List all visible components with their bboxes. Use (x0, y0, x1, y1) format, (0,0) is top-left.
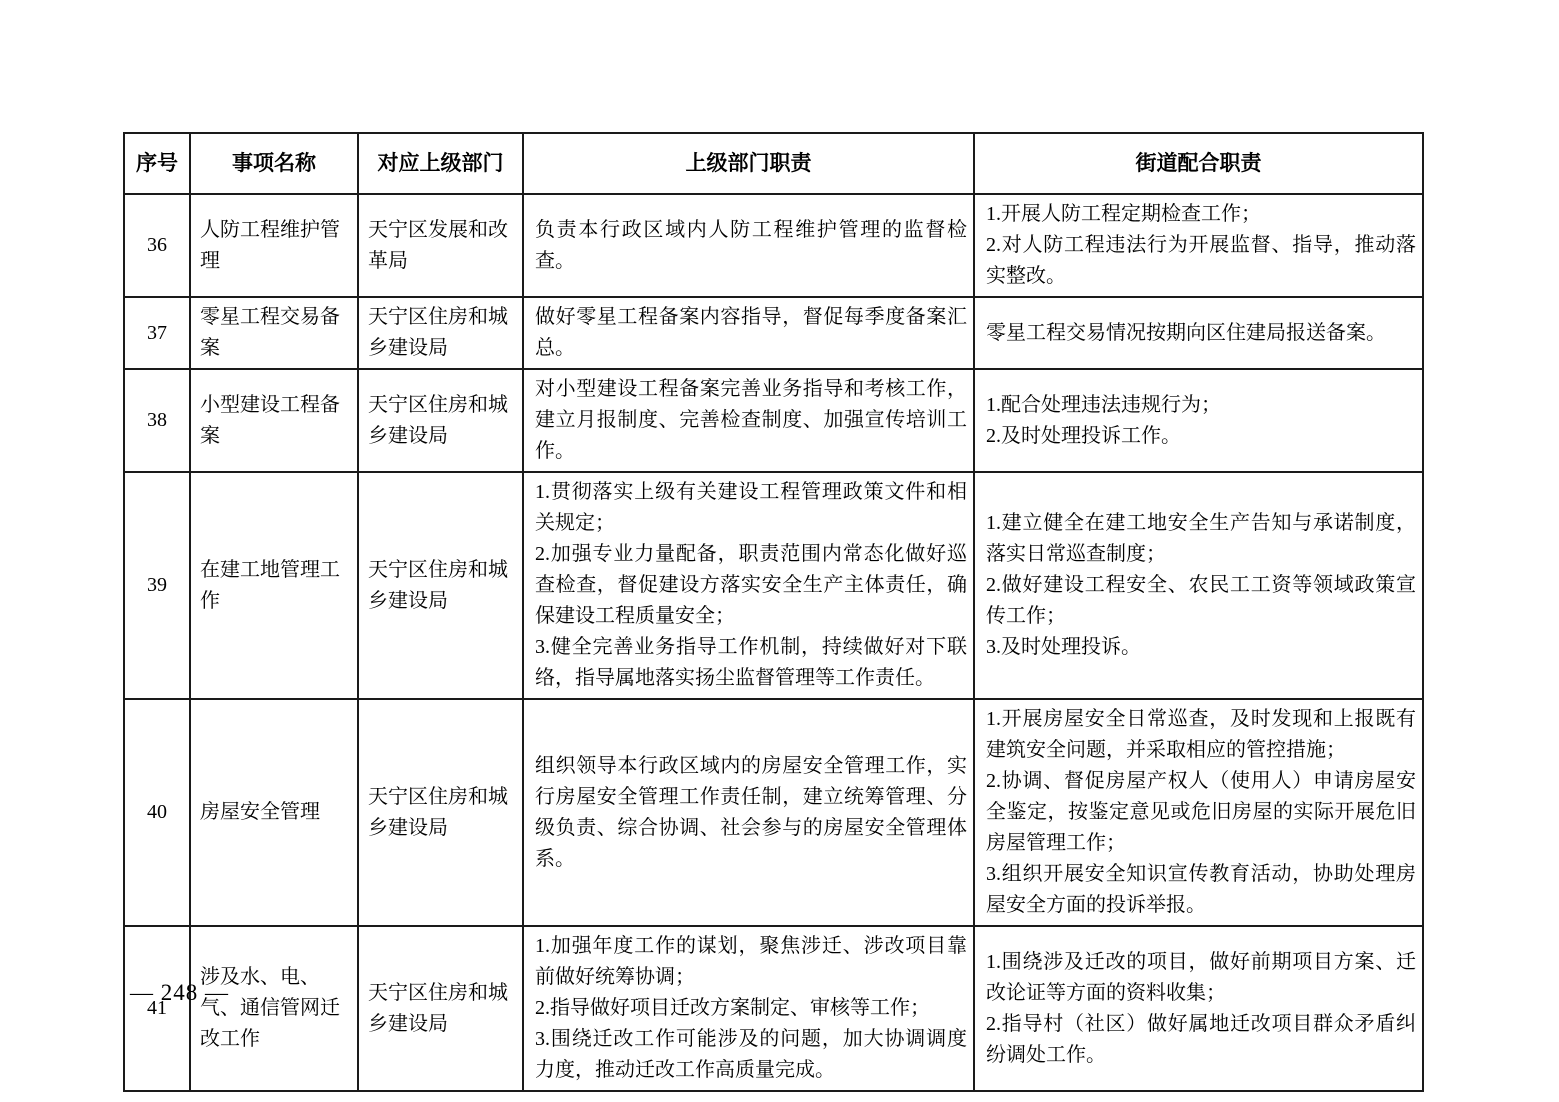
table-row: 40 房屋安全管理 天宁区住房和城乡建设局 组织领导本行政区域内的房屋安全管理工… (124, 699, 1423, 926)
row-superior-duty: 负责本行政区域内人防工程维护管理的监督检查。 (523, 194, 974, 297)
row-superior-duty: 做好零星工程备案内容指导，督促每季度备案汇总。 (523, 297, 974, 369)
header-street-duty: 街道配合职责 (974, 133, 1423, 194)
row-street-duty: 零星工程交易情况按期向区住建局报送备案。 (974, 297, 1423, 369)
row-superior-department: 天宁区住房和城乡建设局 (358, 472, 523, 699)
table-row: 41 涉及水、电、气、通信管网迁改工作 天宁区住房和城乡建设局 1.加强年度工作… (124, 926, 1423, 1091)
header-superior-duty: 上级部门职责 (523, 133, 974, 194)
header-item-name: 事项名称 (190, 133, 358, 194)
row-serial-number: 40 (124, 699, 190, 926)
row-serial-number: 41 (124, 926, 190, 1091)
row-serial-number: 38 (124, 369, 190, 472)
row-street-duty: 1.围绕涉及迁改的项目，做好前期项目方案、迁改论证等方面的资料收集；2.指导村（… (974, 926, 1423, 1091)
row-serial-number: 37 (124, 297, 190, 369)
row-superior-duty: 1.加强年度工作的谋划，聚焦涉迁、涉改项目靠前做好统筹协调；2.指导做好项目迁改… (523, 926, 974, 1091)
row-item-name: 小型建设工程备案 (190, 369, 358, 472)
header-serial-number: 序号 (124, 133, 190, 194)
row-item-name: 零星工程交易备案 (190, 297, 358, 369)
row-superior-department: 天宁区住房和城乡建设局 (358, 297, 523, 369)
table-row: 39 在建工地管理工作 天宁区住房和城乡建设局 1.贯彻落实上级有关建设工程管理… (124, 472, 1423, 699)
table-row: 37 零星工程交易备案 天宁区住房和城乡建设局 做好零星工程备案内容指导，督促每… (124, 297, 1423, 369)
row-superior-department: 天宁区发展和改革局 (358, 194, 523, 297)
row-item-name: 人防工程维护管理 (190, 194, 358, 297)
row-superior-duty: 1.贯彻落实上级有关建设工程管理政策文件和相关规定；2.加强专业力量配备，职责范… (523, 472, 974, 699)
table-header-row: 序号 事项名称 对应上级部门 上级部门职责 街道配合职责 (124, 133, 1423, 194)
row-street-duty: 1.开展人防工程定期检查工作；2.对人防工程违法行为开展监督、指导，推动落实整改… (974, 194, 1423, 297)
header-superior-department: 对应上级部门 (358, 133, 523, 194)
table-row: 38 小型建设工程备案 天宁区住房和城乡建设局 对小型建设工程备案完善业务指导和… (124, 369, 1423, 472)
responsibility-table: 序号 事项名称 对应上级部门 上级部门职责 街道配合职责 36 人防工程维护管理… (123, 132, 1424, 1092)
row-item-name: 涉及水、电、气、通信管网迁改工作 (190, 926, 358, 1091)
row-superior-department: 天宁区住房和城乡建设局 (358, 926, 523, 1091)
row-item-name: 在建工地管理工作 (190, 472, 358, 699)
row-superior-duty: 组织领导本行政区域内的房屋安全管理工作，实行房屋安全管理工作责任制，建立统筹管理… (523, 699, 974, 926)
table-row: 36 人防工程维护管理 天宁区发展和改革局 负责本行政区域内人防工程维护管理的监… (124, 194, 1423, 297)
row-serial-number: 36 (124, 194, 190, 297)
row-street-duty: 1.开展房屋安全日常巡查，及时发现和上报既有建筑安全问题，并采取相应的管控措施；… (974, 699, 1423, 926)
row-superior-duty: 对小型建设工程备案完善业务指导和考核工作，建立月报制度、完善检查制度、加强宣传培… (523, 369, 974, 472)
row-street-duty: 1.建立健全在建工地安全生产告知与承诺制度，落实日常巡查制度；2.做好建设工程安… (974, 472, 1423, 699)
row-superior-department: 天宁区住房和城乡建设局 (358, 699, 523, 926)
row-item-name: 房屋安全管理 (190, 699, 358, 926)
row-serial-number: 39 (124, 472, 190, 699)
row-street-duty: 1.配合处理违法违规行为；2.及时处理投诉工作。 (974, 369, 1423, 472)
table-body: 36 人防工程维护管理 天宁区发展和改革局 负责本行政区域内人防工程维护管理的监… (124, 194, 1423, 1091)
row-superior-department: 天宁区住房和城乡建设局 (358, 369, 523, 472)
page-number: — 248 — (130, 980, 229, 1006)
